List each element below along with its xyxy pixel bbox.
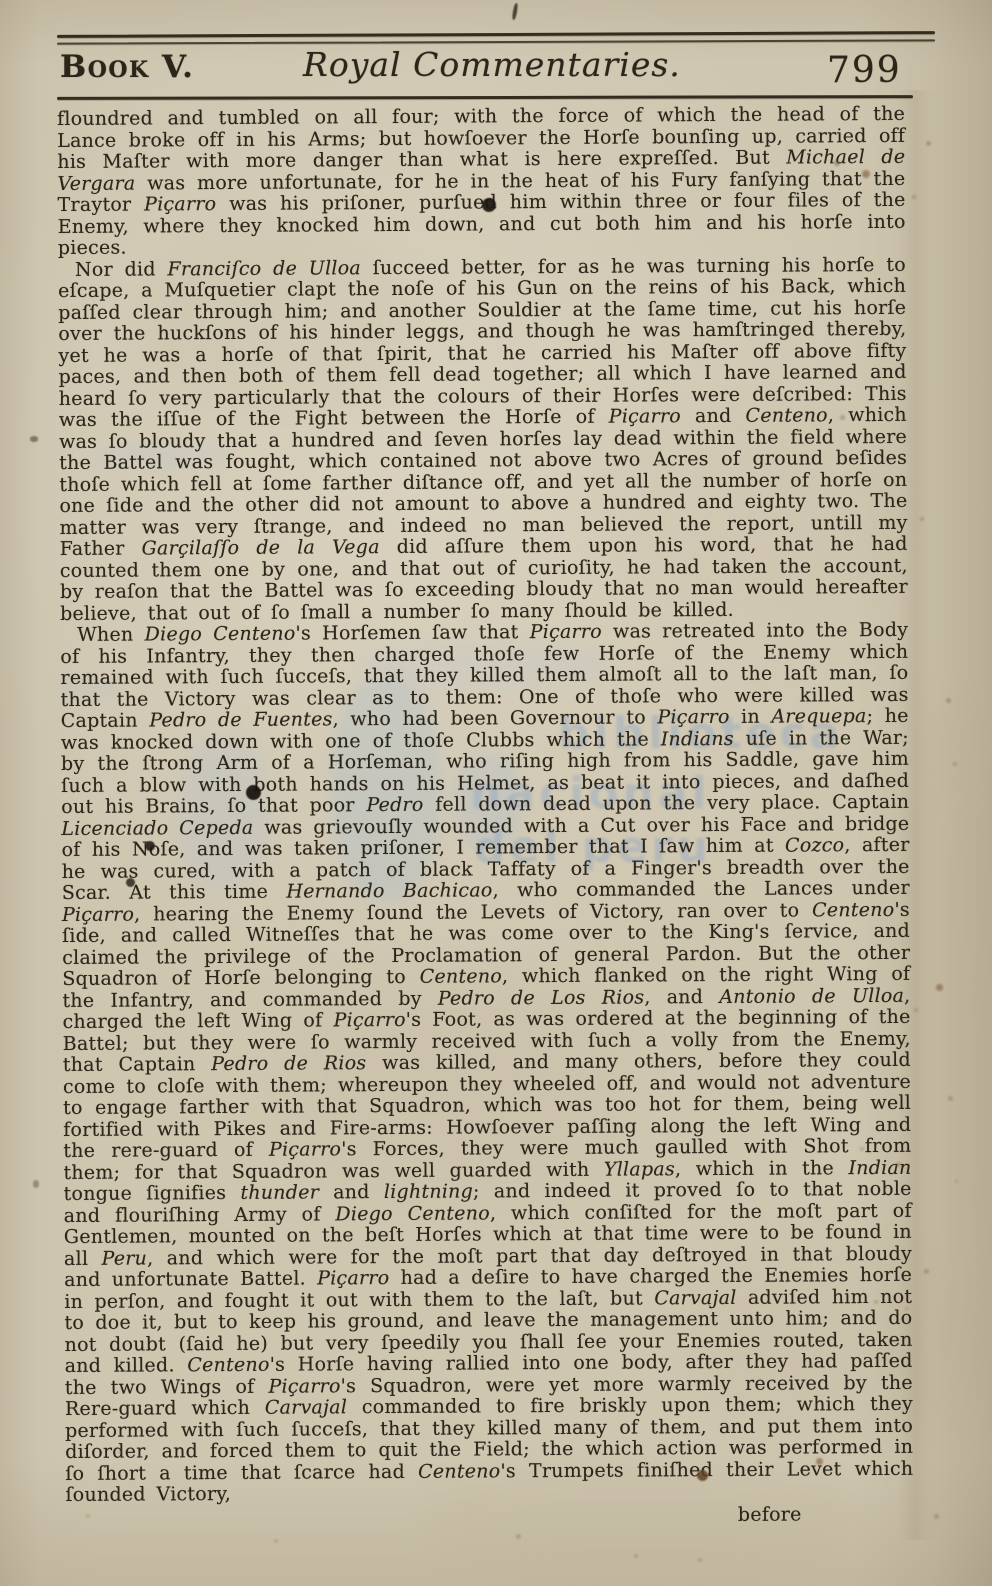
proper-name-italic: Centeno [420, 965, 502, 988]
header-bottom-rule [57, 95, 913, 99]
printed-text-layer: Book V. Royal Commentaries. 799 floundre… [0, 0, 992, 1586]
proper-name-italic: Hernando Bachicao [286, 879, 492, 902]
proper-name-italic: Pedro de Fuentes [149, 708, 332, 731]
proper-name-italic: Arequepa [771, 705, 866, 728]
text-run: , which in the [675, 1157, 849, 1180]
proper-name-italic: Diego Centeno [335, 1202, 490, 1225]
text-run: tongue ſignifies [64, 1182, 241, 1205]
proper-name-italic: Franciſco de Ulloa [167, 257, 361, 280]
text-run: floundred and tumbled on all four; with … [57, 103, 905, 173]
proper-name-italic: Piçarro [657, 706, 729, 728]
proper-name-italic: Centeno [745, 404, 827, 427]
proper-name-italic: Pedro de Los Rios [438, 986, 645, 1009]
proper-name-italic: Piçarro [62, 903, 134, 925]
proper-name-italic: Piçarro [268, 1375, 340, 1397]
proper-name-italic: Carvajal [654, 1286, 736, 1309]
proper-name-italic: Centeno [812, 898, 894, 921]
proper-name-italic: Cozco [785, 834, 844, 856]
running-title: Royal Commentaries. [303, 45, 681, 84]
paragraph: When Diego Centeno's Horſemen ſaw that P… [60, 620, 913, 1507]
proper-name-italic: Antonio de Ulloa [719, 984, 904, 1007]
proper-name-italic: Garçilaſſo de la Vega [142, 536, 380, 559]
proper-name-italic: Diego Centeno [145, 623, 296, 646]
text-run: and [681, 405, 746, 427]
text-run: in [730, 706, 772, 728]
proper-name-italic: Yllapas [604, 1158, 675, 1180]
proper-name-italic: thunder [240, 1181, 319, 1203]
proper-name-italic: lightning [384, 1180, 473, 1203]
text-run: , and [644, 985, 719, 1007]
proper-name-italic: Piçarro [317, 1267, 389, 1289]
text-run: and [319, 1181, 384, 1203]
proper-name-italic: Licenciado Cepeda [61, 816, 253, 839]
body-text: floundred and tumbled on all four; with … [57, 104, 914, 1530]
proper-name-italic: Pedro de Rios [211, 1052, 366, 1075]
text-run: , who had been Governour to [333, 706, 658, 730]
text-run: When [77, 623, 145, 645]
top-double-rule-lower [57, 39, 935, 44]
proper-name-italic: Centeno [418, 1460, 500, 1483]
proper-name-italic: Indian [848, 1156, 911, 1178]
proper-name-italic: Piçarro [609, 405, 681, 427]
proper-name-italic: Peru [102, 1247, 148, 1269]
proper-name-italic: Piçarro [144, 193, 216, 215]
page-number: 799 [827, 50, 902, 91]
paragraph: floundred and tumbled on all four; with … [57, 104, 906, 260]
proper-name-italic: Pedro [366, 794, 423, 816]
book-label: Book V. [60, 49, 194, 85]
proper-name-italic: Piçarro [269, 1138, 341, 1160]
paragraph: Nor did Franciſco de Ulloa ſucceed bette… [58, 254, 908, 625]
top-double-rule-upper [57, 31, 935, 38]
proper-name-italic: Centeno [187, 1354, 269, 1377]
catchword: before [66, 1503, 914, 1530]
text-run: , who commanded the Lances under [492, 877, 909, 902]
proper-name-italic: Piçarro [333, 1009, 405, 1031]
proper-name-italic: Indians [661, 727, 734, 749]
scanned-book-page: biblioteca nacional del peru Book V. Roy… [0, 0, 992, 1586]
proper-name-italic: Piçarro [530, 621, 602, 643]
text-run: Nor did [75, 258, 168, 281]
text-run: 's Horſemen ſaw that [295, 621, 529, 644]
proper-name-italic: Carvajal [265, 1396, 347, 1419]
